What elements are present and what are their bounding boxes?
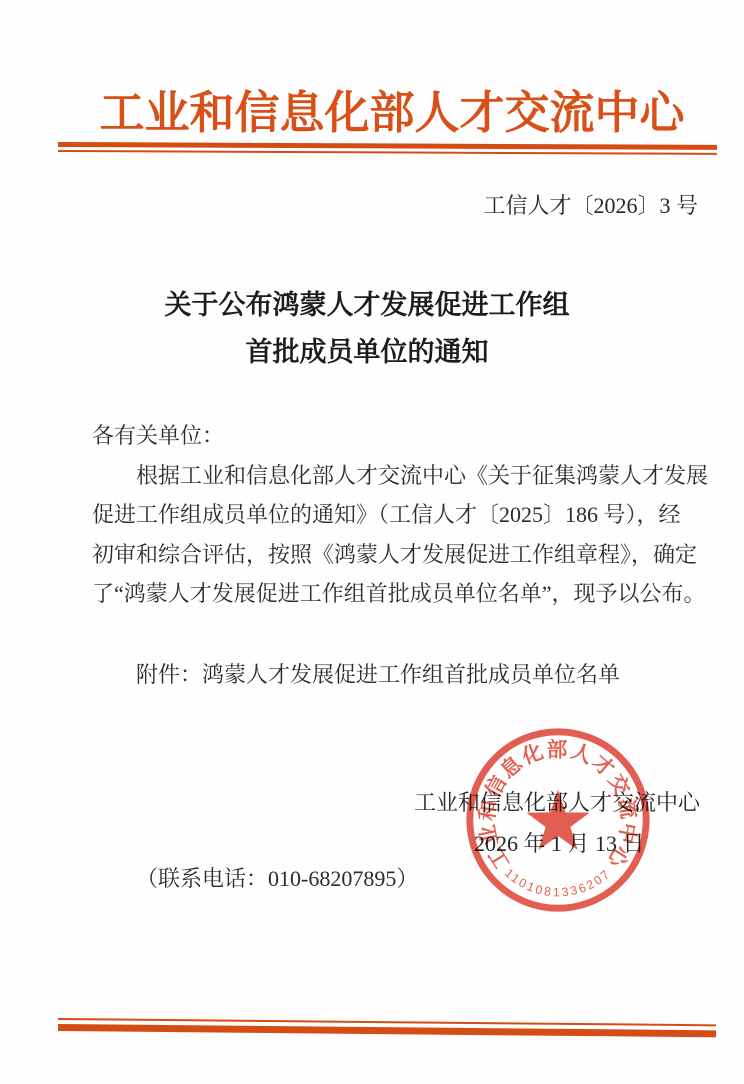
salutation: 各有关单位： (92, 416, 714, 456)
notice-title: 关于公布鸿蒙人才发展促进工作组 首批成员单位的通知 (64, 282, 670, 376)
notice-body: 各有关单位： 根据工业和信息化部人才交流中心《关于征集鸿蒙人才发展 促进工作组成… (92, 416, 714, 614)
paragraph-line: 促进工作组成员单位的通知》（工信人才〔2025〕186 号），经 (92, 495, 714, 535)
document-number: 工信人才〔2026〕3 号 (92, 189, 698, 220)
seal-serial-number: 1101081336207 (502, 866, 614, 899)
notice-title-line1: 关于公布鸿蒙人才发展促进工作组 (64, 282, 670, 329)
paragraph-line: 根据工业和信息化部人才交流中心《关于征集鸿蒙人才发展 (92, 456, 714, 496)
notice-title-line2: 首批成员单位的通知 (64, 329, 670, 376)
top-red-rule-thick (58, 142, 717, 150)
official-seal: 工业和信息化部人才交流中心 1101081336207 (460, 722, 656, 918)
paragraph-line: 了“鸿蒙人才发展促进工作组首批成员单位名单”，现予以公布。 (92, 574, 714, 614)
letterhead-org-title: 工业和信息化部人才交流中心 (40, 76, 744, 141)
paragraph-line: 初审和综合评估，按照《鸿蒙人才发展促进工作组章程》，确定 (92, 535, 714, 575)
attachment-note: 附件：鸿蒙人才发展促进工作组首批成员单位名单 (92, 658, 714, 689)
bottom-red-rule-thick (58, 1024, 716, 1037)
document-page: 工业和信息化部人才交流中心 工信人才〔2026〕3 号 关于公布鸿蒙人才发展促进… (0, 0, 744, 1084)
seal-star-icon (526, 790, 589, 850)
seal-serial-curve: 1101081336207 (502, 866, 614, 899)
top-red-rule-thin (58, 150, 717, 155)
